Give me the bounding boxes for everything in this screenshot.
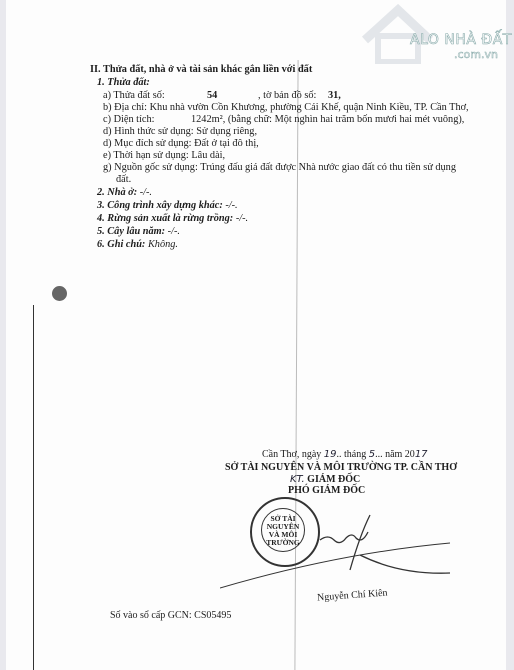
origin-label: g) Nguồn gốc sử dụng: — [103, 162, 198, 173]
item-label: 6. Ghi chú: — [97, 239, 145, 250]
item-value: -/-. — [225, 200, 237, 211]
watermark-brand: ALO NHÀ ĐẤT — [410, 32, 512, 48]
area-label: c) Diện tích: — [103, 114, 154, 125]
item-label: 5. Cây lâu năm: — [97, 226, 165, 237]
year-label: năm 20 — [385, 449, 415, 460]
usage-term-label: e) Thời hạn sử dụng: — [103, 150, 189, 161]
month-label: tháng — [344, 449, 366, 460]
land-title: 1. Thửa đất: — [97, 76, 150, 89]
item-forest: 4. Rừng sản xuất là rừng trồng: -/-. — [97, 212, 248, 225]
usage-term-value: Lâu dài, — [191, 150, 225, 161]
item-note: 6. Ghi chú: Không. — [97, 238, 178, 251]
registry-number: Số vào sổ cấp GCN: CS05495 — [110, 609, 231, 622]
date-year: 17 — [415, 449, 428, 460]
usage-purpose-value: Đất ở tại đô thị, — [194, 138, 259, 149]
item-label: 3. Công trình xây dựng khác: — [97, 200, 223, 211]
watermark: ALO NHÀ ĐẤT .com.vn — [360, 2, 514, 66]
sign-date: Cần Thơ, ngày 19.. tháng 5... năm 2017 — [262, 448, 428, 461]
usage-form-value: Sử dụng riêng, — [196, 126, 257, 137]
origin-cont: đất. — [116, 173, 131, 186]
item-value: -/-. — [236, 213, 248, 224]
punch-hole — [52, 286, 67, 301]
role-deputy: PHÓ GIÁM ĐỐC — [288, 484, 365, 497]
date-day: 19 — [324, 449, 337, 460]
item-value: -/-. — [168, 226, 180, 237]
usage-form-label: d) Hình thức sử dụng: — [103, 126, 194, 137]
watermark-domain: .com.vn — [454, 48, 498, 61]
date-month: 5 — [369, 449, 375, 460]
address-label: b) Địa chỉ: — [103, 102, 147, 113]
item-construction: 3. Công trình xây dựng khác: -/-. — [97, 199, 238, 212]
parcel-label: a) Thửa đất số: — [103, 90, 165, 101]
origin-value: Trúng đấu giá đất được Nhà nước giao đất… — [200, 162, 456, 173]
signature-scribble-icon — [220, 510, 460, 590]
date-prefix: Cần Thơ, ngày — [262, 449, 321, 460]
usage-purpose-label: d) Mục đích sử dụng: — [103, 138, 192, 149]
item-value: Không. — [148, 239, 178, 250]
item-house: 2. Nhà ở: -/-. — [97, 186, 152, 199]
item-perennial: 5. Cây lâu năm: -/-. — [97, 225, 180, 238]
item-value: -/-. — [140, 187, 152, 198]
section-heading: II. Thửa đất, nhà ở và tài sản khác gắn … — [90, 63, 312, 76]
page-edge-line — [33, 305, 34, 670]
item-label: 4. Rừng sản xuất là rừng trồng: — [97, 213, 233, 224]
origin-row: g) Nguồn gốc sử dụng: Trúng đấu giá đất … — [103, 161, 456, 174]
item-label: 2. Nhà ở: — [97, 187, 137, 198]
address-value: Khu nhà vườn Cồn Khương, phường Cái Khế,… — [150, 102, 469, 113]
